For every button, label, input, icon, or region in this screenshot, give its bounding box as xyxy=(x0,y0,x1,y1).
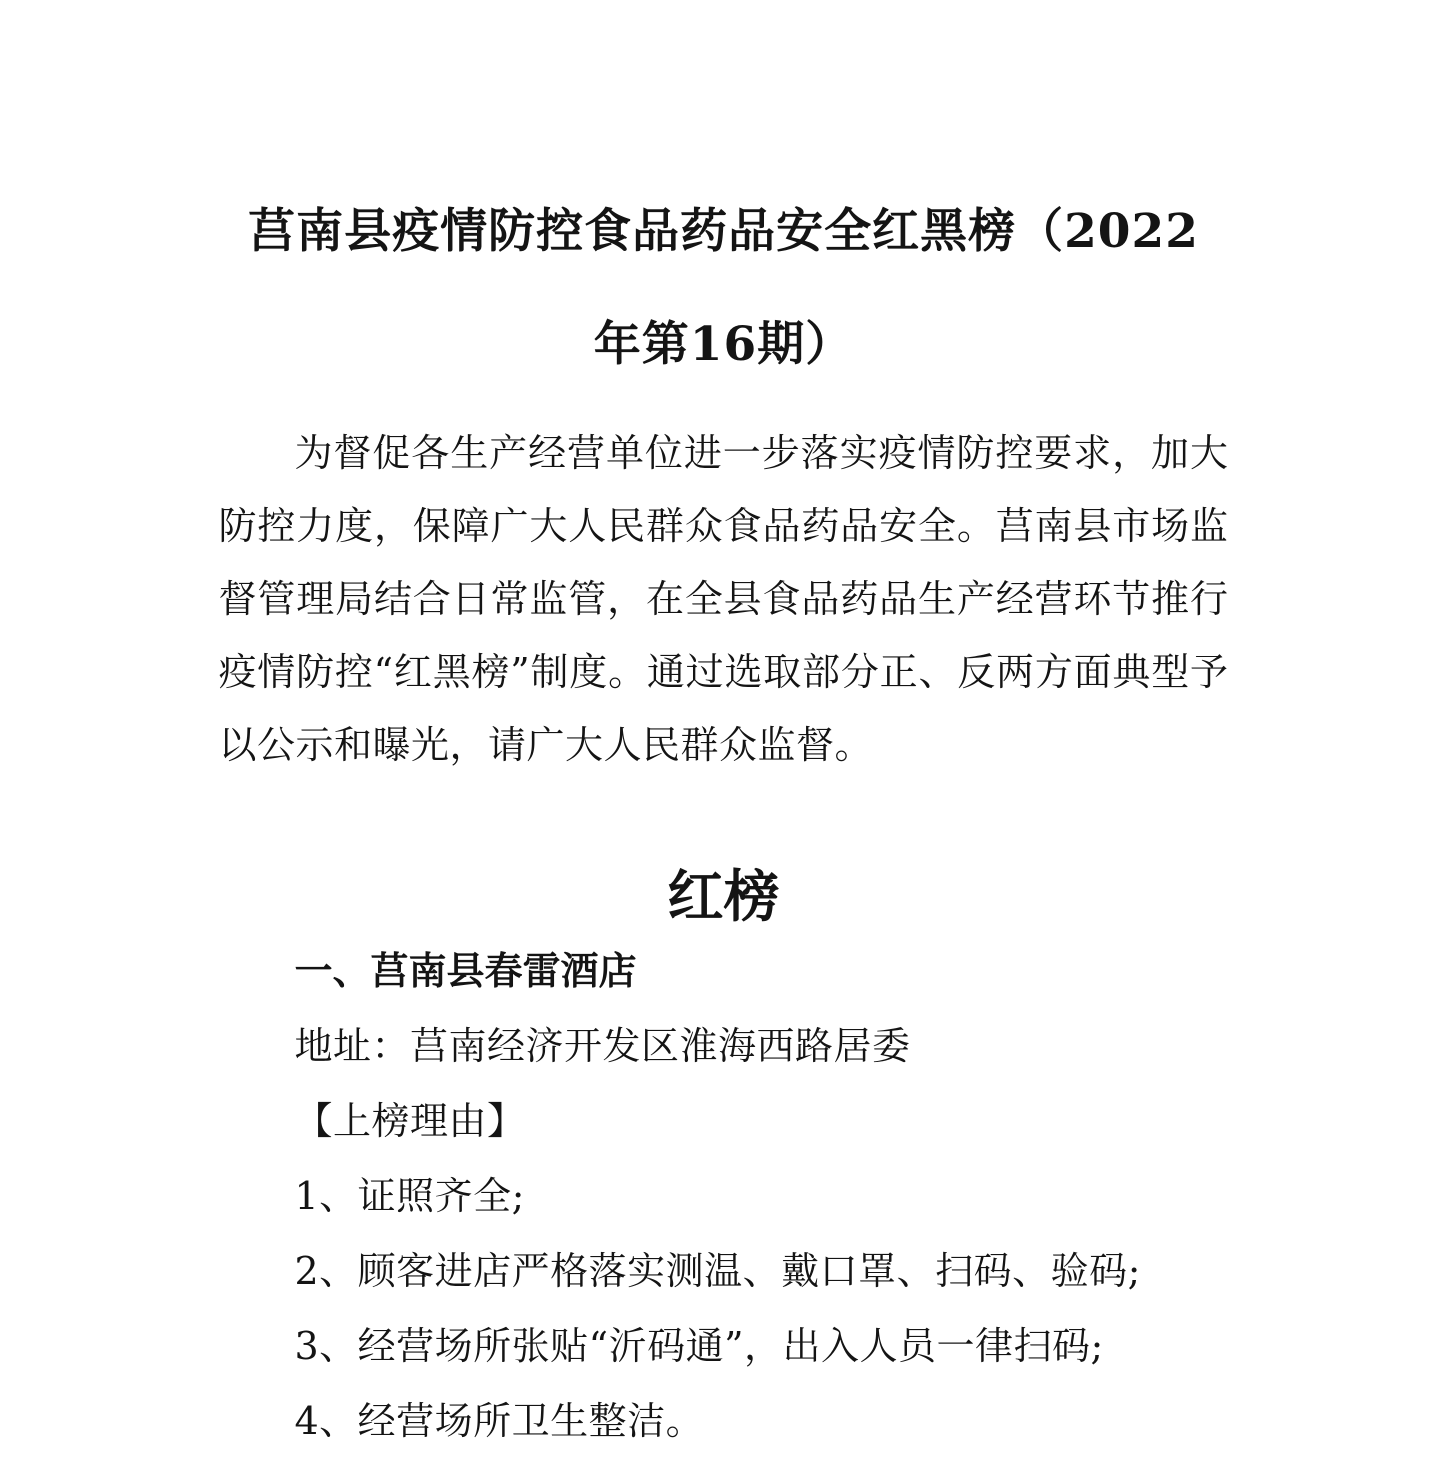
reason-item-1: 1、证照齐全; xyxy=(295,1159,1229,1234)
reason-item-4: 4、经营场所卫生整洁。 xyxy=(295,1384,1229,1459)
document-content: 莒南县疫情防控食品药品安全红黑榜（2022年第16期） 为督促各生产经营单位进一… xyxy=(219,175,1229,1459)
entry-address: 地址：莒南经济开发区淮海西路居委 xyxy=(295,1009,1229,1084)
reason-item-2: 2、顾客进店严格落实测温、戴口罩、扫码、验码; xyxy=(295,1234,1229,1309)
reason-item-3: 3、经营场所张贴“沂码通”，出入人员一律扫码; xyxy=(295,1309,1229,1384)
document-page: 莒南县疫情防控食品药品安全红黑榜（2022年第16期） 为督促各生产经营单位进一… xyxy=(0,0,1447,1478)
red-list-heading: 红榜 xyxy=(219,870,1229,926)
document-title: 莒南县疫情防控食品药品安全红黑榜（2022年第16期） xyxy=(234,175,1214,401)
red-list-entry: 一、莒南县春雷酒店 地址：莒南经济开发区淮海西路居委 【上榜理由】 1、证照齐全… xyxy=(219,934,1229,1459)
reasons-header: 【上榜理由】 xyxy=(295,1084,1229,1159)
entry-title: 一、莒南县春雷酒店 xyxy=(295,934,1229,1009)
intro-paragraph: 为督促各生产经营单位进一步落实疫情防控要求，加大防控力度，保障广大人民群众食品药… xyxy=(219,417,1229,782)
